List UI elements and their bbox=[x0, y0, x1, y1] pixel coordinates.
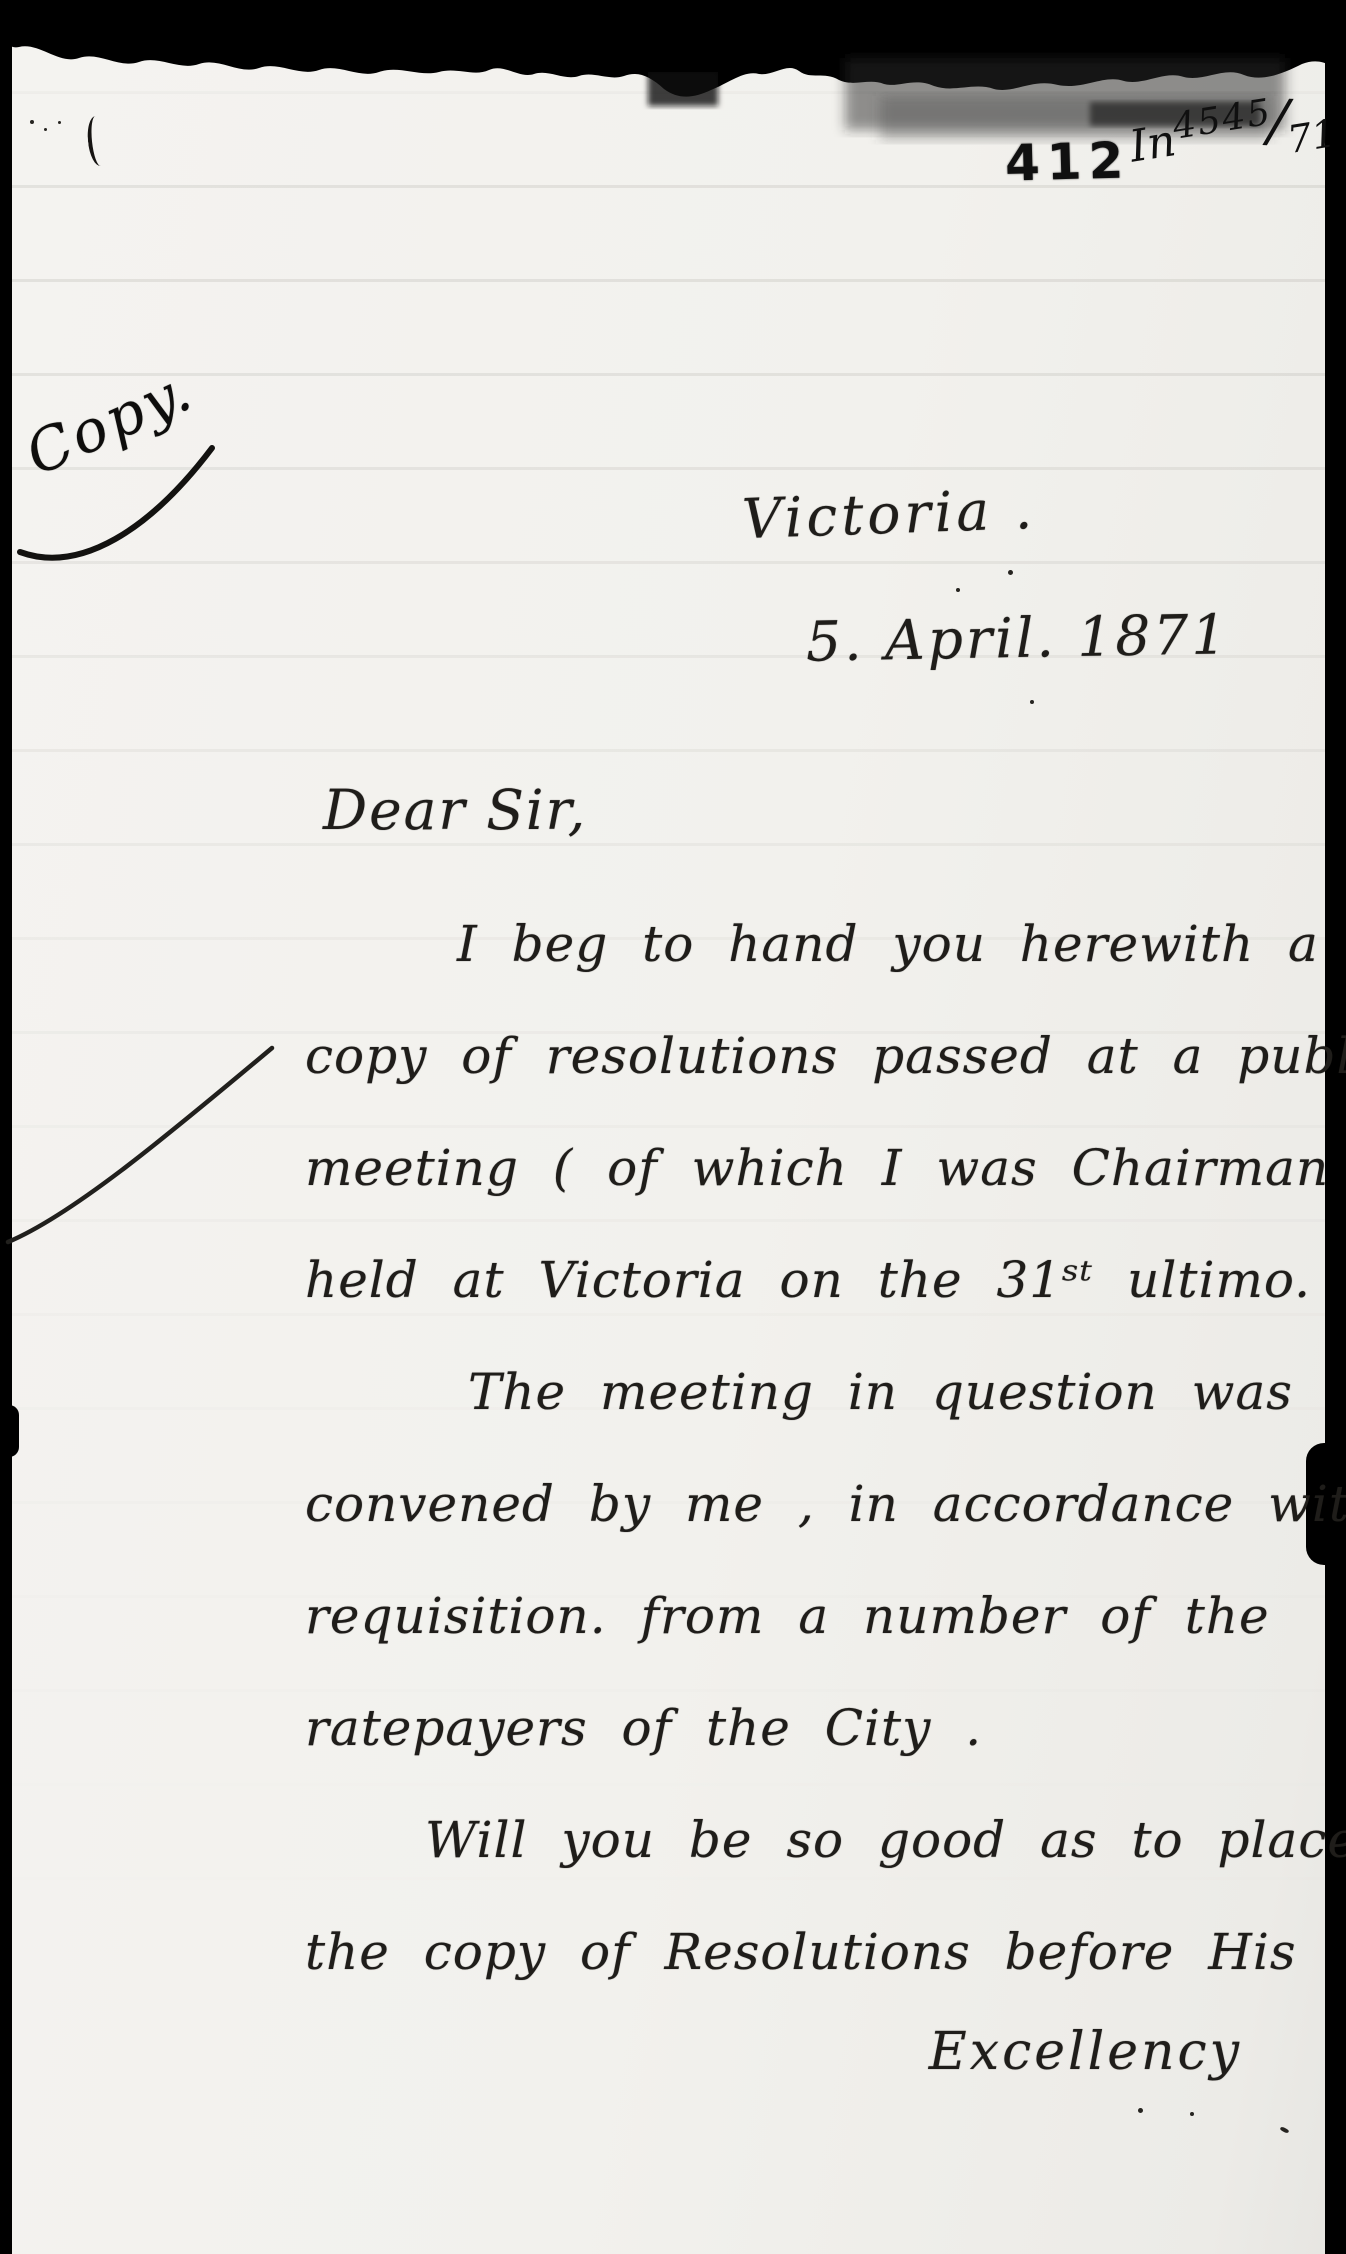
paragraph: The meeting in question was convened by … bbox=[305, 1336, 1335, 1784]
body-line: Will you be so good as to place bbox=[305, 1784, 1335, 1896]
copy-annotation-flourish bbox=[0, 362, 300, 592]
ink-speck bbox=[1138, 2108, 1143, 2113]
left-edge-bump bbox=[0, 1405, 19, 1457]
registry-figure: 4545 bbox=[1170, 92, 1275, 148]
body-line: ratepayers of the City . bbox=[305, 1672, 1335, 1784]
folio-number-stamp: 412 bbox=[1004, 131, 1131, 192]
place-line: Victoria . bbox=[741, 477, 1037, 551]
ink-speck bbox=[30, 120, 34, 124]
paragraph: I beg to hand you herewith a copy of res… bbox=[305, 888, 1335, 1336]
catchword: Excellency bbox=[929, 2022, 1242, 2082]
body-line: held at Victoria on the 31ˢᵗ ultimo. bbox=[305, 1224, 1335, 1336]
ink-speck bbox=[44, 128, 47, 131]
registry-year: 71 bbox=[1284, 111, 1339, 162]
salutation: Dear Sir, bbox=[323, 778, 587, 842]
scanned-letter-page: 412 In4545/71 Copy. Victoria . 5. April.… bbox=[0, 0, 1346, 2254]
ink-speck bbox=[1008, 570, 1013, 575]
ink-speck bbox=[956, 588, 960, 592]
ink-speck bbox=[1190, 2112, 1194, 2116]
registry-prefix: In bbox=[1126, 115, 1179, 173]
body-line: the copy of Resolutions before His bbox=[305, 1896, 1335, 2008]
ink-speck bbox=[58, 121, 61, 124]
diagonal-pen-stroke bbox=[0, 1020, 300, 1270]
ink-speck bbox=[1030, 700, 1034, 704]
paragraph: Will you be so good as to place the copy… bbox=[305, 1784, 1335, 2008]
body-line: requisition. from a number of the bbox=[305, 1560, 1335, 1672]
letter-body: I beg to hand you herewith a copy of res… bbox=[305, 888, 1335, 2008]
body-line: The meeting in question was bbox=[305, 1336, 1335, 1448]
body-line: copy of resolutions passed at a public bbox=[305, 1000, 1335, 1112]
body-line: I beg to hand you herewith a bbox=[305, 888, 1335, 1000]
date-line: 5. April. 1871 bbox=[805, 602, 1229, 673]
body-line: meeting ( of which I was Chairman ) bbox=[305, 1112, 1335, 1224]
body-line: convened by me , in accordance with a bbox=[305, 1448, 1335, 1560]
